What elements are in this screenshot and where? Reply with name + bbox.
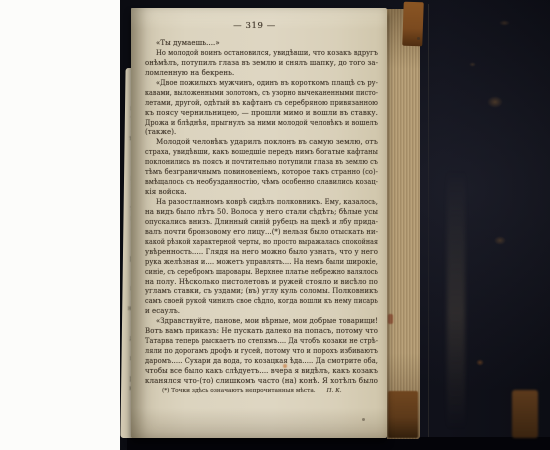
text-line: ломленную на бекрень. bbox=[145, 69, 378, 79]
page-stain bbox=[469, 62, 476, 67]
page-stain bbox=[499, 20, 510, 26]
text-line: «Ты думаешь....» bbox=[145, 39, 378, 49]
leather-patch-right-bottom bbox=[512, 390, 538, 438]
text-line: самъ своей рукой чинилъ свое сѣдло, когд… bbox=[145, 297, 378, 307]
text-line: рука желѣзная и.... можетъ управлять....… bbox=[145, 258, 378, 268]
book-page: — 319 — «Ты думаешь....»Но молодой воинъ… bbox=[131, 8, 387, 438]
page-number: — 319 — bbox=[138, 21, 371, 31]
leather-patch-bottom bbox=[388, 391, 418, 438]
text-line: На разостланномъ коврѣ сидѣлъ полковникъ… bbox=[145, 198, 378, 208]
text-line: Молодой человѣкъ ударилъ поклонъ въ саму… bbox=[145, 138, 378, 148]
page-speck bbox=[417, 37, 420, 40]
text-line: Дрожа и блѣднѣя, прыгнулъ за ними молодо… bbox=[145, 119, 378, 129]
text-line: даромъ..... Сухари да вода, то козацкая … bbox=[145, 357, 378, 367]
text-line: онѣмѣлъ, потупилъ глаза въ землю и снялъ… bbox=[145, 59, 378, 69]
text-line: какой рѣзкой характерной черты, но прост… bbox=[145, 238, 378, 248]
page-block-fore-edge bbox=[387, 9, 420, 439]
page-stain bbox=[494, 236, 506, 245]
body-text: «Ты думаешь....»Но молодой воинъ останов… bbox=[145, 39, 378, 387]
text-line: угламъ ставки, съ уздами; (въ) углу куль… bbox=[145, 287, 378, 297]
text-line: валъ почти бронзовому его лицу...(*) нел… bbox=[145, 228, 378, 238]
page-stain bbox=[476, 359, 484, 366]
cover-wear-streak bbox=[447, 170, 465, 430]
fore-edge-red-mark bbox=[388, 314, 393, 324]
text-line: и есаулъ. bbox=[145, 307, 378, 317]
text-line: «Здравствуйте, панове, мои вѣрные, мои д… bbox=[145, 317, 378, 327]
text-line: поклонились въ поясъ и почтительно потуп… bbox=[145, 158, 378, 168]
text-line: на видъ было лѣтъ 50. Волоса у него стал… bbox=[145, 208, 378, 218]
text-line: къ поясу чернильницею, — прошли мимо и в… bbox=[145, 109, 378, 119]
text-line: кавами, выложенными золотомъ, съ узорно … bbox=[145, 89, 378, 99]
text-line: на полу. Нѣсколько пистолетовъ и ружей с… bbox=[145, 278, 378, 288]
page-stain bbox=[487, 96, 503, 108]
footnote-text: (*) Точки здѣсь означаютъ непрочитанныя … bbox=[162, 388, 316, 394]
text-line: вмѣщалось съ необузданностію, чѣмъ особе… bbox=[145, 178, 378, 188]
cover-crease bbox=[428, 4, 429, 440]
text-line: чтобы все было какъ слѣдуетъ.... вчера я… bbox=[145, 367, 378, 377]
text-line: опускались внизъ. Длинный синій рубецъ н… bbox=[145, 218, 378, 228]
text-line: страха, увидѣвши, какъ вошедшіе передъ н… bbox=[145, 148, 378, 158]
text-line: летами, другой, одѣтый въ кафтанъ съ сер… bbox=[145, 99, 378, 109]
text-line: ляли по дорогамъ дрофъ и гусей, потому ч… bbox=[145, 347, 378, 357]
text-block: — 319 — «Ты думаешь....»Но молодой воинъ… bbox=[145, 21, 378, 425]
book-photograph: сънымитогдарылъъ нимпроска ивухъномъелся… bbox=[0, 0, 550, 450]
cover-bottom-edge bbox=[127, 437, 550, 450]
footnote-initials: П. К. bbox=[326, 388, 341, 394]
footnote: (*) Точки здѣсь означаютъ непрочитанныя … bbox=[145, 387, 378, 395]
text-line: Но молодой воинъ остановился, увидѣвши, … bbox=[145, 49, 378, 59]
text-line: кія войска. bbox=[145, 188, 378, 198]
text-line: Татарва теперь рыскаетъ по степямъ.... Д… bbox=[145, 337, 378, 347]
text-line: синіе, съ серебромъ шаровары. Верхнее пл… bbox=[145, 268, 378, 278]
leather-tab-top bbox=[402, 2, 424, 47]
text-line: Вотъ вамъ приказъ: Не пускать далеко на … bbox=[145, 327, 378, 337]
text-line: тѣмъ безграничнымъ повиновеніемъ, которо… bbox=[145, 168, 378, 178]
text-line: (также). bbox=[145, 128, 378, 138]
text-line: «Двое пожилыхъ мужчинъ, одинъ въ коротко… bbox=[145, 79, 378, 89]
text-line: кланялся что-(то) слишкомъ часто (на) ко… bbox=[145, 377, 378, 387]
text-line: увѣренность..... Глядя на него можно был… bbox=[145, 248, 378, 258]
